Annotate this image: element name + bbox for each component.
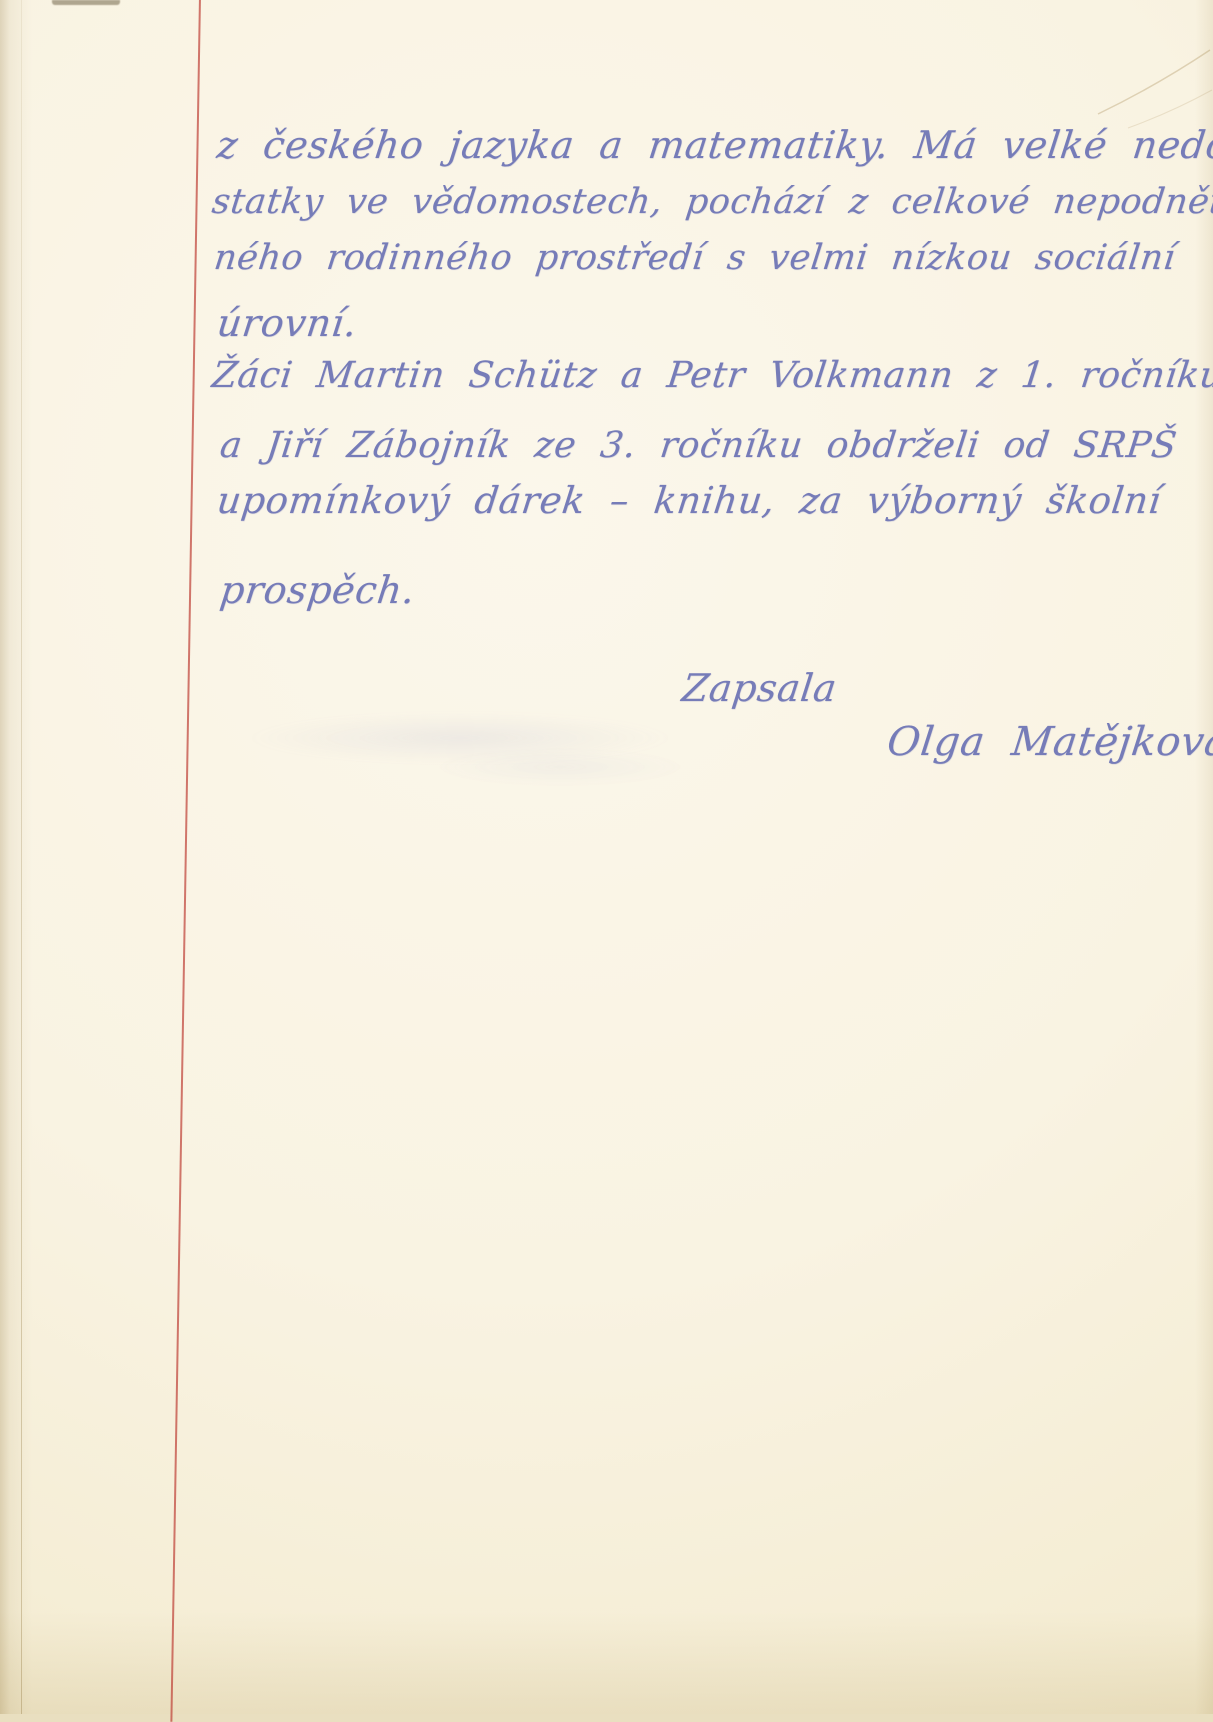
- handwriting-line-1: z českého jazyka a matematiky. Má velké …: [215, 126, 1213, 164]
- page-edge-mark: [52, 0, 120, 5]
- signature-byline: Zapsala: [680, 669, 839, 707]
- handwriting-line-7: upomínkový dárek – knihu, za výborný ško…: [215, 482, 1163, 519]
- binding-crease-line: [21, 0, 22, 1714]
- handwriting-line-8: prospěch.: [218, 571, 417, 609]
- handwriting-line-5: Žáci Martin Schütz a Petr Volkmann z 1. …: [210, 358, 1213, 394]
- chronicle-page: z českého jazyka a matematiky. Má velké …: [0, 0, 1213, 1714]
- signature-name: Olga Matějková: [885, 722, 1213, 762]
- ink-bleed-smudge: [430, 748, 690, 786]
- handwriting-line-3: ného rodinného prostředí s velmi nízkou …: [212, 241, 1177, 276]
- handwriting-line-4: úrovní.: [215, 304, 359, 342]
- ink-bleed-smudge: [245, 712, 675, 764]
- handwriting-line-6: a Jiří Zábojník ze 3. ročníku obdrželi o…: [218, 428, 1179, 464]
- handwriting-line-2: statky ve vědomostech, pochází z celkové…: [210, 185, 1213, 220]
- red-margin-line: [170, 0, 201, 1714]
